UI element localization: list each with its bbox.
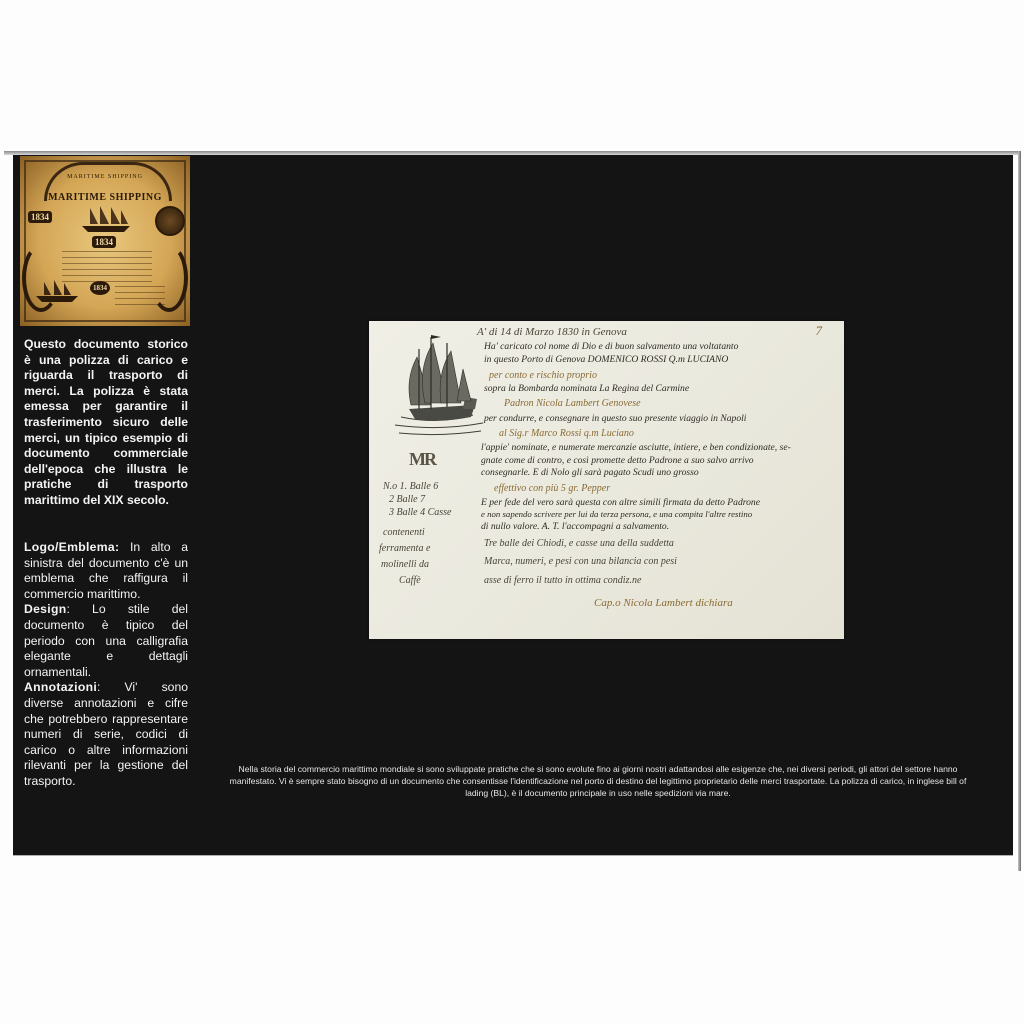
detail-logo: Logo/Emblema: In alto a sinistra del doc… [24, 540, 188, 602]
doc-line: per condurre, e consegnare in questo suo… [484, 413, 746, 424]
doc-line: in questo Porto di Genova DOMENICO ROSSI… [484, 354, 728, 365]
margin-note: 3 Balle 4 Casse [389, 507, 452, 518]
signature: Cap.o Nicola Lambert dichiara [594, 597, 733, 609]
emblem-title: MARITIME SHIPPING [46, 192, 164, 203]
maritime-shipping-emblem: MARITIME SHIPPING MARITIME SHIPPING 1834… [20, 156, 190, 326]
page-number: 7 [816, 323, 823, 339]
doc-line: gnate come di contro, e così promette de… [481, 455, 754, 466]
doc-line: sopra la Bombarda nominata La Regina del… [484, 383, 689, 394]
detail-annotations: Annotazioni: Vi' sono diverse annotazion… [24, 680, 188, 789]
margin-note: ferramenta e [379, 543, 430, 554]
doc-line: Ha' caricato col nome di Dio e di buon s… [484, 341, 738, 352]
detail-label: Annotazioni [24, 680, 97, 694]
bill-of-lading-document: 7 MR A' di 14 di Marzo 1830 in Genova Ha… [369, 321, 844, 639]
details-section: Logo/Emblema: In alto a sinistra del doc… [24, 540, 188, 790]
doc-line: effettivo con più 5 gr. Pepper [494, 483, 610, 494]
emblem-script-lines [62, 246, 152, 282]
doc-line: di nullo valore. A. T. l'accompagni a sa… [481, 521, 669, 532]
detail-design: Design: Lo stile del documento è tipico … [24, 602, 188, 680]
doc-line: e non sapendo scrivere per lui da terza … [481, 509, 752, 519]
emblem-ship-icon [78, 204, 134, 234]
emblem-ornament-left [22, 244, 60, 312]
panel-bottom-edge [13, 855, 1013, 856]
doc-line: A' di 14 di Marzo 1830 in Genova [477, 326, 627, 338]
sailing-ship-engraving-icon [391, 329, 487, 441]
doc-line: E per fede del vero sarà questa con altr… [481, 497, 760, 508]
caption-paragraph: Nella storia del commercio marittimo mon… [228, 763, 968, 799]
margin-note: Caffè [399, 575, 421, 586]
doc-line: Padron Nicola Lambert Genovese [504, 398, 641, 409]
emblem-seal-icon [155, 206, 185, 236]
doc-line: consegnarle. E di Nolo gli sarà pagato S… [481, 467, 699, 478]
margin-note: N.o 1. Balle 6 [383, 481, 438, 492]
doc-line: l'appie' nominate, e numerate mercanzie … [481, 442, 791, 453]
margin-note: contenenti [383, 527, 425, 538]
emblem-year-seal: 1834 [90, 281, 110, 295]
margin-note: 2 Balle 7 [389, 494, 425, 505]
detail-label: Logo/Emblema: [24, 540, 119, 554]
intro-paragraph: Questo documento storico è una polizza d… [24, 337, 188, 509]
detail-text: : Vi' sono diverse annotazioni e cifre c… [24, 680, 188, 788]
doc-line: Marca, numeri, e pesi con una bilancia c… [484, 556, 677, 567]
doc-line: al Sig.r Marco Rossi q.m Luciano [499, 428, 634, 439]
emblem-ornament-right [150, 244, 188, 312]
emblem-year-left: 1834 [28, 211, 52, 223]
margin-note: molinelli da [381, 559, 429, 570]
emblem-arch-text: MARITIME SHIPPING [60, 174, 150, 180]
doc-line: per conto e rischio proprio [489, 370, 597, 381]
doc-line: Tre balle dei Chiodi, e casse una della … [484, 538, 674, 549]
sheet-right-edge [1018, 151, 1021, 871]
detail-label: Design [24, 602, 66, 616]
monogram: MR [409, 449, 435, 470]
doc-line: asse di ferro il tutto in ottima condiz.… [484, 575, 641, 586]
